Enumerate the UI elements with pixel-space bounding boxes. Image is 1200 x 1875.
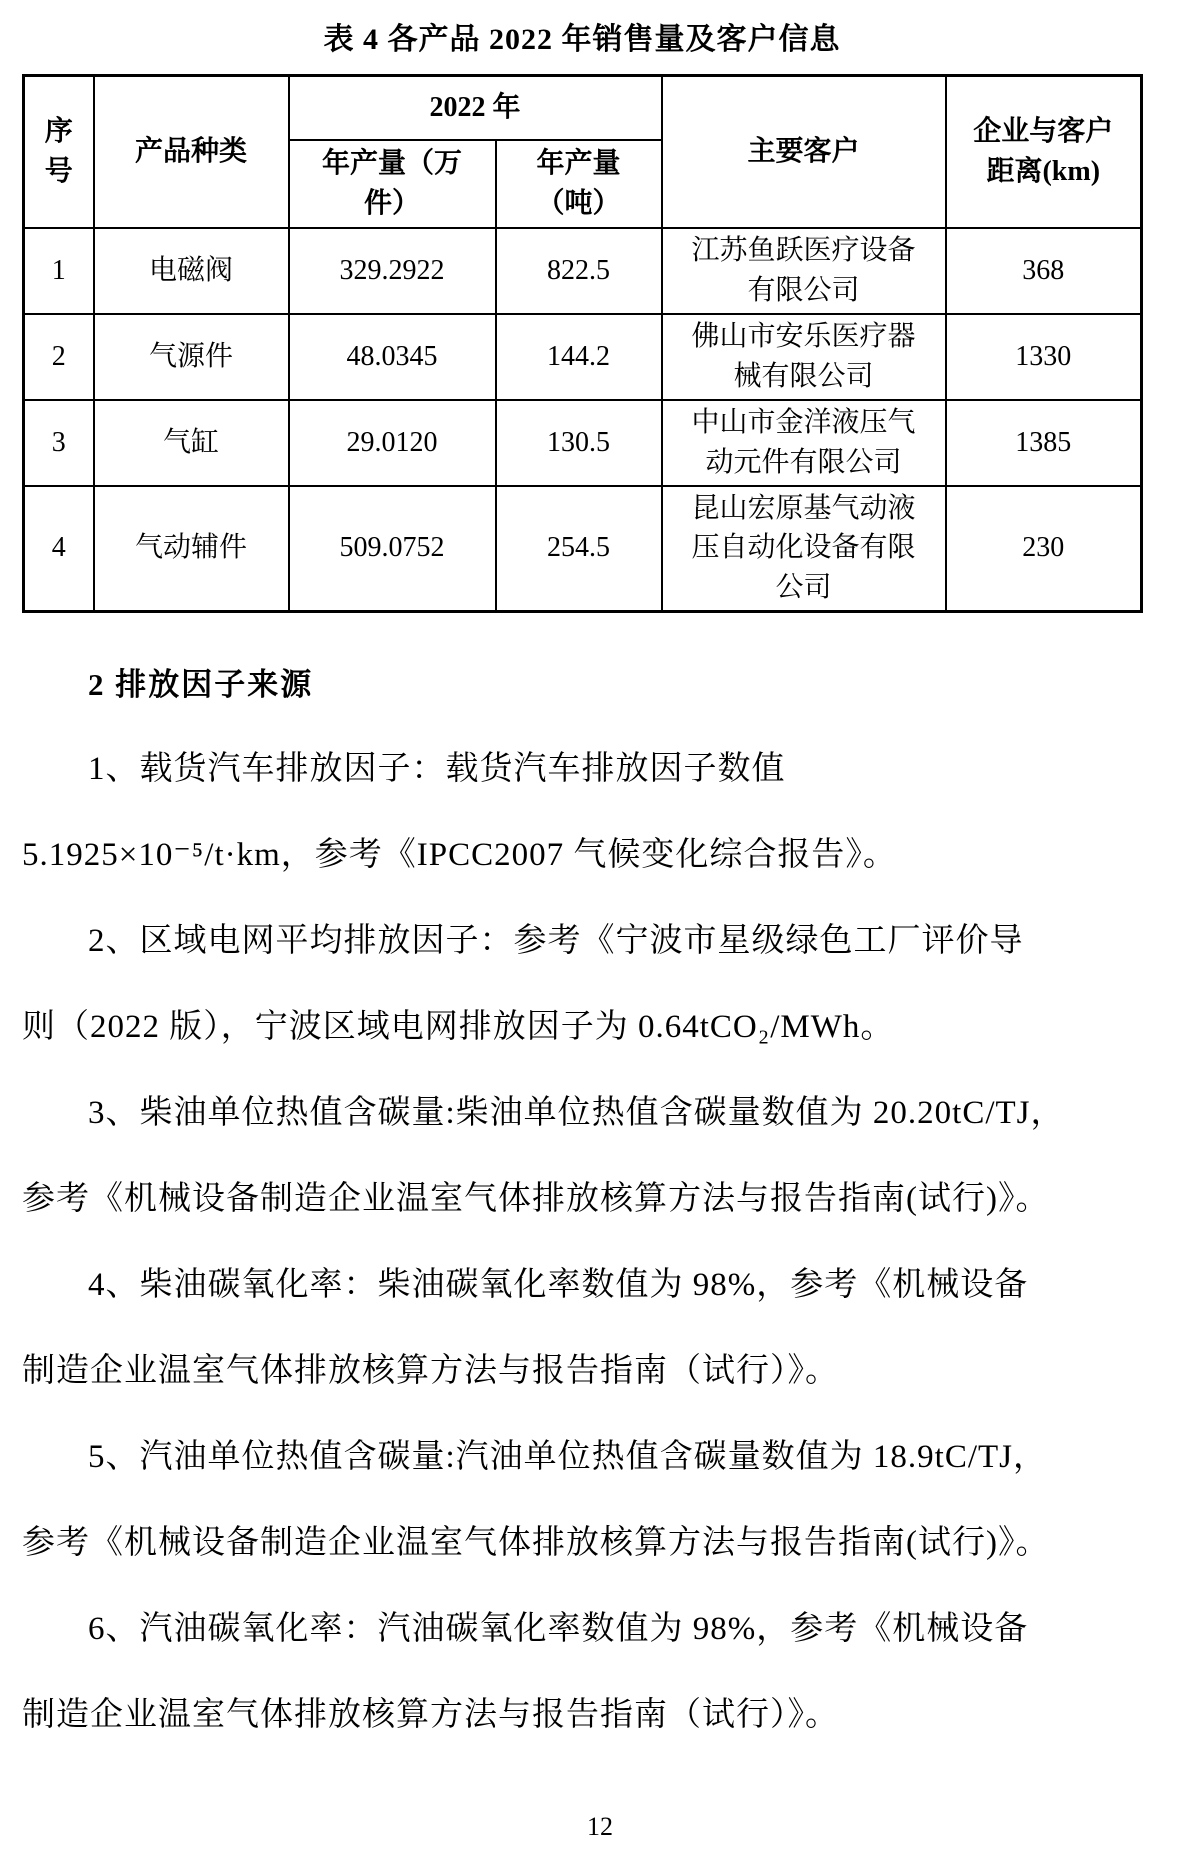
paragraph-gasoline-oxidation-rate: 6、汽油碳氧化率：汽油碳氧化率数值为 98%，参考《机械设备 制造企业温室气体排… [22,1586,1144,1758]
cell-customer: 中山市金洋液压气 动元件有限公司 [662,400,946,486]
cell-product: 气动辅件 [94,486,289,612]
section-body: 1、载货汽车排放因子：载货汽车排放因子数值 5.1925×10⁻⁵/t·km，参… [22,726,1144,1758]
section-heading: 2 排放因子来源 [88,659,1142,704]
cell-output-wan: 329.2922 [289,228,496,314]
products-table: 序 号 产品种类 2022 年 主要客户 企业与客户 距离(km) 年产量（万 … [22,74,1143,613]
cell-customer: 昆山宏原基气动液 压自动化设备有限 公司 [662,486,946,612]
table-row: 1 电磁阀 329.2922 822.5 江苏鱼跃医疗设备 有限公司 368 [24,228,1142,314]
cell-index: 3 [24,400,94,486]
paragraph-diesel-carbon-content: 3、柴油单位热值含碳量:柴油单位热值含碳量数值为 20.20tC/TJ， 参考《… [22,1070,1144,1242]
cell-distance: 1330 [946,314,1142,400]
cell-output-ton: 254.5 [496,486,662,612]
paragraph-grid-emission-factor: 2、区域电网平均排放因子：参考《宁波市星级绿色工厂评价导 则（2022 版），宁… [22,898,1144,1070]
header-index: 序 号 [24,76,94,228]
cell-output-wan: 509.0752 [289,486,496,612]
paragraph-diesel-oxidation-rate: 4、柴油碳氧化率：柴油碳氧化率数值为 98%，参考《机械设备 制造企业温室气体排… [22,1242,1144,1414]
cell-output-ton: 130.5 [496,400,662,486]
header-customer: 主要客户 [662,76,946,228]
header-year-group: 2022 年 [289,76,662,140]
table-row: 4 气动辅件 509.0752 254.5 昆山宏原基气动液 压自动化设备有限 … [24,486,1142,612]
cell-index: 1 [24,228,94,314]
paragraph-gasoline-carbon-content: 5、汽油单位热值含碳量:汽油单位热值含碳量数值为 18.9tC/TJ， 参考《机… [22,1414,1144,1586]
cell-customer: 江苏鱼跃医疗设备 有限公司 [662,228,946,314]
cell-product: 气源件 [94,314,289,400]
table-row: 3 气缸 29.0120 130.5 中山市金洋液压气 动元件有限公司 1385 [24,400,1142,486]
page-title: 表 4 各产品 2022 年销售量及客户信息 [22,14,1142,58]
cell-customer: 佛山市安乐医疗器 械有限公司 [662,314,946,400]
table-header-row-top: 序 号 产品种类 2022 年 主要客户 企业与客户 距离(km) [24,76,1142,140]
header-output-ton: 年产量 （吨） [496,140,662,228]
document-page: 表 4 各产品 2022 年销售量及客户信息 序 号 产品种类 2022 年 主… [22,14,1142,1758]
header-product: 产品种类 [94,76,289,228]
table-row: 2 气源件 48.0345 144.2 佛山市安乐医疗器 械有限公司 1330 [24,314,1142,400]
cell-product: 电磁阀 [94,228,289,314]
header-output-wan: 年产量（万 件） [289,140,496,228]
cell-output-ton: 822.5 [496,228,662,314]
cell-index: 4 [24,486,94,612]
cell-output-wan: 48.0345 [289,314,496,400]
paragraph-truck-emission-factor: 1、载货汽车排放因子：载货汽车排放因子数值 5.1925×10⁻⁵/t·km，参… [22,726,1144,898]
cell-output-wan: 29.0120 [289,400,496,486]
cell-product: 气缸 [94,400,289,486]
cell-output-ton: 144.2 [496,314,662,400]
cell-index: 2 [24,314,94,400]
cell-distance: 368 [946,228,1142,314]
header-distance: 企业与客户 距离(km) [946,76,1142,228]
cell-distance: 230 [946,486,1142,612]
page-number: 12 [0,1812,1200,1842]
cell-distance: 1385 [946,400,1142,486]
